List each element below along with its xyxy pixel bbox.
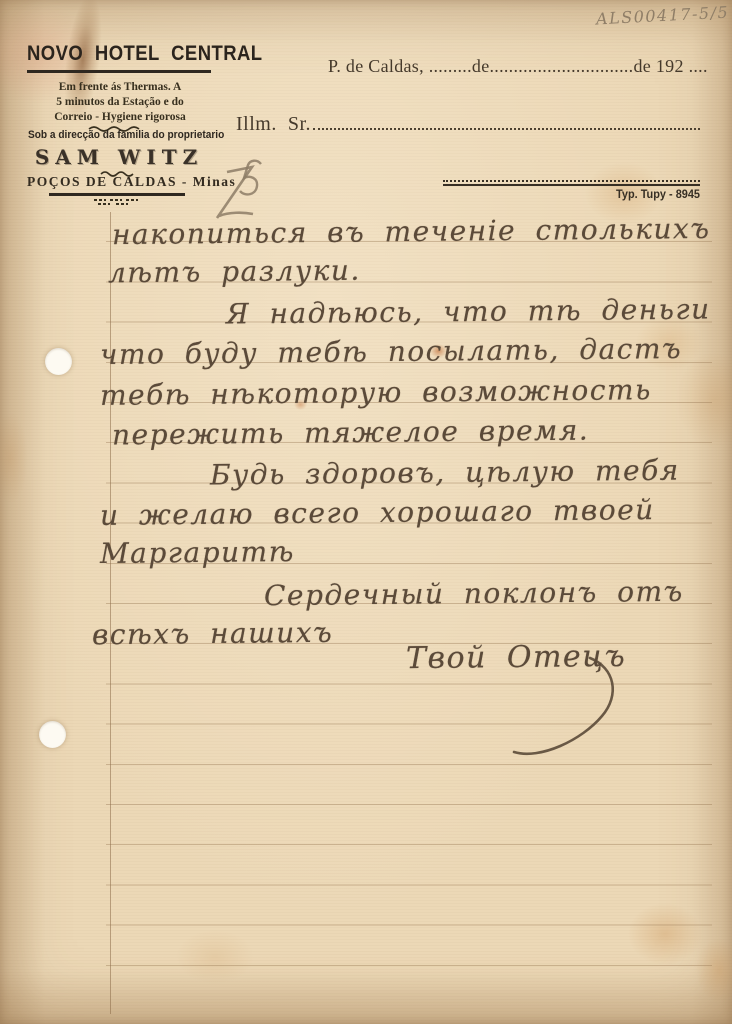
dotted-leader-line <box>313 110 700 130</box>
stain-bottom-right-2 <box>696 938 732 1002</box>
proprietor-name: SAM WITZ <box>27 145 211 169</box>
punch-hole-bottom <box>39 721 66 748</box>
archive-number-pencil: ALS00417-5/5 <box>596 3 730 29</box>
handwriting-line: и желаю всего хорошаго твоей <box>100 494 655 532</box>
handwriting-line: накопиться въ теченіе столькихъ <box>112 213 711 251</box>
address-line: Correio - Hygiene rigorosa <box>36 110 204 125</box>
letterhead-address: Em frente ás Thermas. A 5 minutos da Est… <box>36 80 204 125</box>
stain-bottom-left <box>176 930 254 984</box>
handwriting-line: тебѣ нѣкоторую возможность <box>100 374 652 412</box>
margin-vertical-rule <box>110 212 111 1014</box>
handwriting-line: всѣхъ нашихъ <box>92 617 334 652</box>
addressee-label: Illm. Sr. <box>236 113 311 136</box>
dotted-rule <box>443 176 700 182</box>
letterhead-rule <box>27 70 211 73</box>
printer-credit-block: Typ. Tupy - 8945 <box>443 176 700 201</box>
hotel-location: POÇOS DE CALDAS - Minas <box>27 174 211 190</box>
hotel-name: NOVO HOTEL CENTRAL <box>27 42 203 66</box>
printer-ornament <box>92 197 144 207</box>
addressee-line: Illm. Sr. <box>236 110 700 136</box>
handwriting-line: Будь здоровъ, цѣлую тебя <box>210 455 680 492</box>
punch-hole-top <box>45 348 72 375</box>
date-line: P. de Caldas, .........de...............… <box>328 56 708 77</box>
stain-bottom-right <box>628 903 702 965</box>
address-line: Em frente ás Thermas. A <box>36 80 204 95</box>
handwriting-line: что буду тебѣ посылать, дастъ <box>100 333 682 371</box>
handwriting-line: пережить тяжелое время. <box>112 415 590 452</box>
management-line: Sob a direcção da familia do proprietari… <box>28 129 212 141</box>
signature: Твой Отецъ <box>406 641 626 675</box>
address-line: 5 minutos da Estação e do <box>36 95 204 110</box>
stain-right-middle-2 <box>676 352 732 448</box>
handwriting-line: Маргаритѣ <box>100 536 295 570</box>
letter-scan-page: NOVO HOTEL CENTRAL Em frente ás Thermas.… <box>0 0 732 1024</box>
letterhead-rule-bottom <box>49 193 185 196</box>
handwriting-line: Сердечный поклонъ отъ <box>264 576 684 612</box>
stain-left-edge <box>0 412 28 504</box>
handwriting-line: лѣтъ разлуки. <box>108 255 361 290</box>
printer-credit: Typ. Tupy - 8945 <box>456 189 700 201</box>
handwriting-line: Я надѣюсь, что тѣ деньги <box>226 293 711 330</box>
solid-rule <box>443 184 700 186</box>
